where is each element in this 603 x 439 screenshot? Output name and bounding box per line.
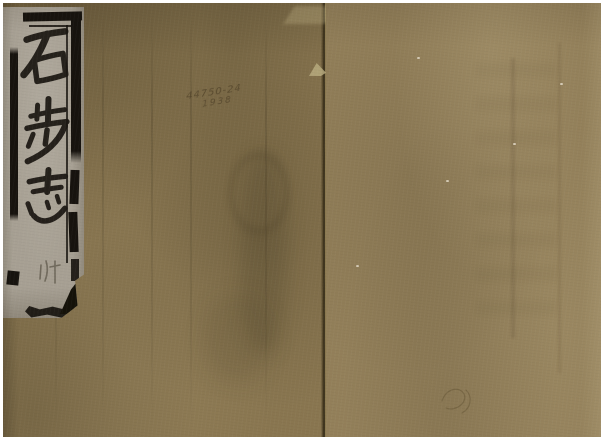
ghost-seal-impression	[215, 133, 303, 253]
paper-speck	[356, 265, 359, 267]
ink-stain	[203, 293, 273, 383]
cover-crease-line	[265, 3, 267, 437]
paper-speck	[513, 143, 516, 145]
paper-speck	[560, 83, 563, 85]
book-cover-photo: 石步志 拾 44750-24 1938	[3, 3, 601, 437]
paper-speck	[417, 57, 420, 59]
ghost-vertical-band	[558, 43, 561, 373]
cover-crease-line	[102, 3, 104, 437]
adjacent-cover	[326, 3, 601, 437]
front-cover: 石步志 拾 44750-24 1938	[3, 3, 322, 437]
title-text: 石步志	[27, 25, 93, 235]
ghost-vertical-band	[511, 58, 515, 338]
screenshot: 石步志 拾 44750-24 1938	[0, 0, 603, 439]
ghost-page-impressions	[476, 63, 556, 323]
slip-handwritten-mark-text: 拾	[37, 259, 55, 285]
pencil-scribble	[436, 381, 480, 423]
slip-frame-left	[10, 47, 18, 221]
scribble-stroke	[442, 389, 465, 409]
slip-frame-left-fragment	[6, 270, 19, 285]
pencil-shelfmark: 44750-24 1938	[186, 83, 242, 114]
paper-speck	[446, 180, 449, 182]
ink-stain	[241, 153, 287, 353]
slip-frame-right-fragment	[71, 259, 79, 281]
cover-crease-line	[151, 3, 153, 437]
cover-crease-line	[190, 3, 192, 437]
title-slip: 石步志 拾	[3, 7, 84, 318]
